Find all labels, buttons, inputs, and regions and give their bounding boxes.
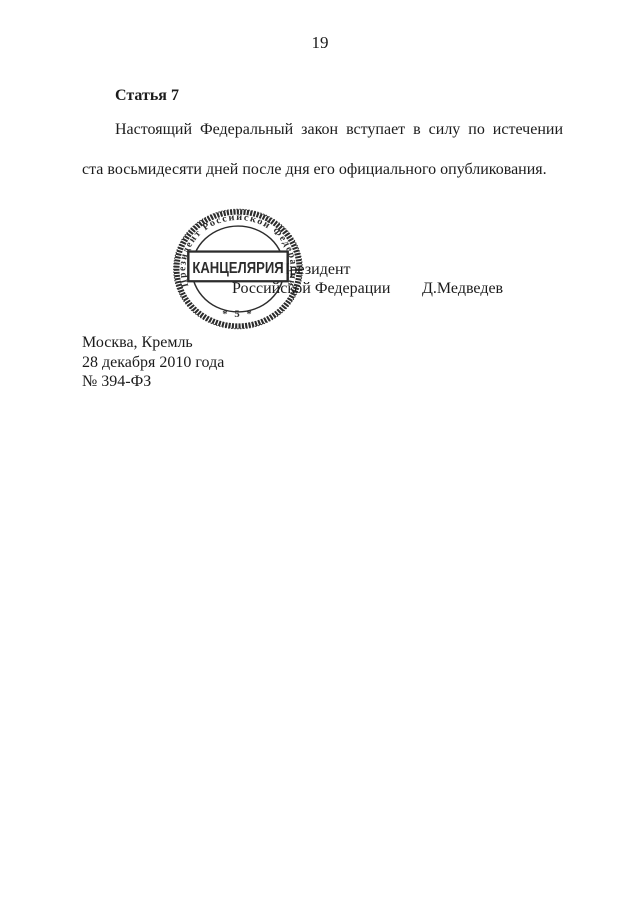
footer-block: Москва, Кремль 28 декабря 2010 года № 39…: [82, 333, 224, 392]
footer-doc-number: № 394-ФЗ: [82, 372, 224, 392]
signature-name: Д.Медведев: [422, 280, 503, 298]
article-paragraph-line-1: Настоящий Федеральный закон вступает в с…: [115, 121, 563, 139]
article-paragraph-line-2: ста восьмидесяти дней после дня его офиц…: [82, 161, 547, 179]
official-stamp: Президент Российской Федерации * 5 * КАН…: [167, 203, 309, 335]
page-number: 19: [0, 33, 640, 53]
stamp-bottom-number: * 5 *: [222, 309, 253, 320]
document-page: 19 Статья 7 Настоящий Федеральный закон …: [0, 0, 640, 905]
article-heading: Статья 7: [115, 87, 179, 105]
footer-date: 28 декабря 2010 года: [82, 353, 224, 373]
footer-place: Москва, Кремль: [82, 333, 224, 353]
stamp-center-label: КАНЦЕЛЯРИЯ: [192, 260, 283, 277]
